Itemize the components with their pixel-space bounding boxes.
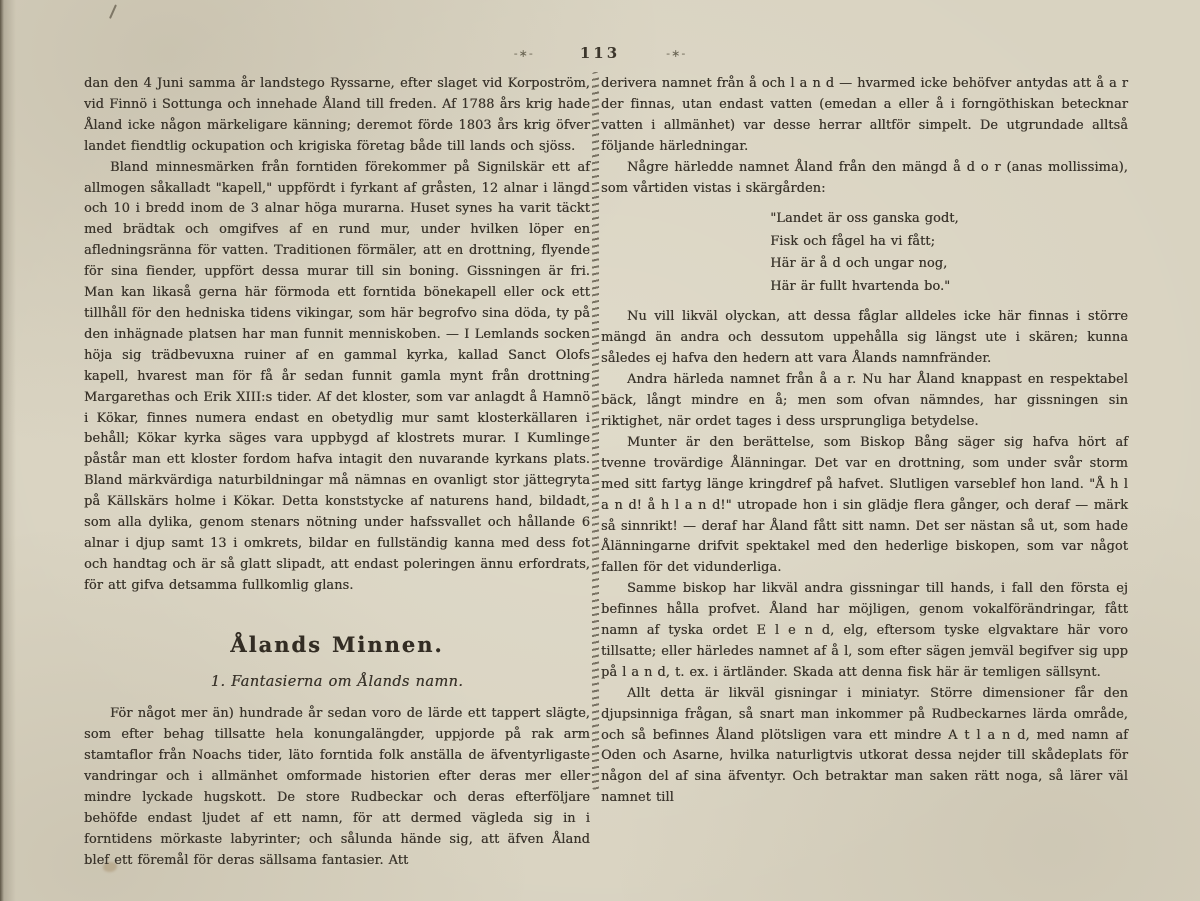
fleuron-left-icon: -∗- — [514, 47, 534, 60]
poem-line: "Landet är oss ganska godt, — [770, 208, 958, 231]
column-divider-rope — [592, 72, 599, 790]
paragraph: Munter är den berättelse, som Biskop Bån… — [601, 433, 1128, 579]
paragraph: Bland minnesmärken från forntiden föreko… — [84, 158, 590, 597]
poem-line: Här är fullt hvartenda bo." — [770, 276, 958, 299]
section-heading: Ålands Minnen. — [84, 635, 590, 656]
paragraph: dan den 4 Juni samma år landstego Ryssar… — [84, 74, 590, 158]
paragraph: Nu vill likväl olyckan, att dessa fåglar… — [601, 307, 1128, 370]
paragraph: derivera namnet från å och l a n d — hva… — [601, 74, 1128, 158]
page-header: -∗- 113 -∗- — [0, 44, 1200, 62]
paragraph: Andra härleda namnet från å a r. Nu har … — [601, 370, 1128, 433]
page-number: 113 — [580, 44, 620, 62]
paragraph: För något mer än) hundrade år sedan voro… — [84, 704, 590, 871]
stray-ink-mark — [109, 4, 116, 18]
poem-line: Här är å d och ungar nog, — [770, 253, 958, 276]
scanned-book-page: -∗- 113 -∗- dan den 4 Juni samma år land… — [0, 0, 1200, 901]
poem-line: Fisk och fågel ha vi fått; — [770, 231, 958, 254]
left-column: dan den 4 Juni samma år landstego Ryssar… — [84, 74, 590, 872]
paragraph: Allt detta är likväl gisningar i miniaty… — [601, 684, 1128, 809]
paragraph: Samme biskop har likväl andra gissningar… — [601, 579, 1128, 684]
right-column: derivera namnet från å och l a n d — hva… — [601, 74, 1128, 809]
fleuron-right-icon: -∗- — [666, 47, 686, 60]
section-subheading: 1. Fantasierna om Ålands namn. — [84, 672, 590, 693]
paragraph: Någre härledde namnet Åland från den män… — [601, 158, 1128, 200]
poem-block: "Landet är oss ganska godt, Fisk och fåg… — [770, 208, 958, 298]
